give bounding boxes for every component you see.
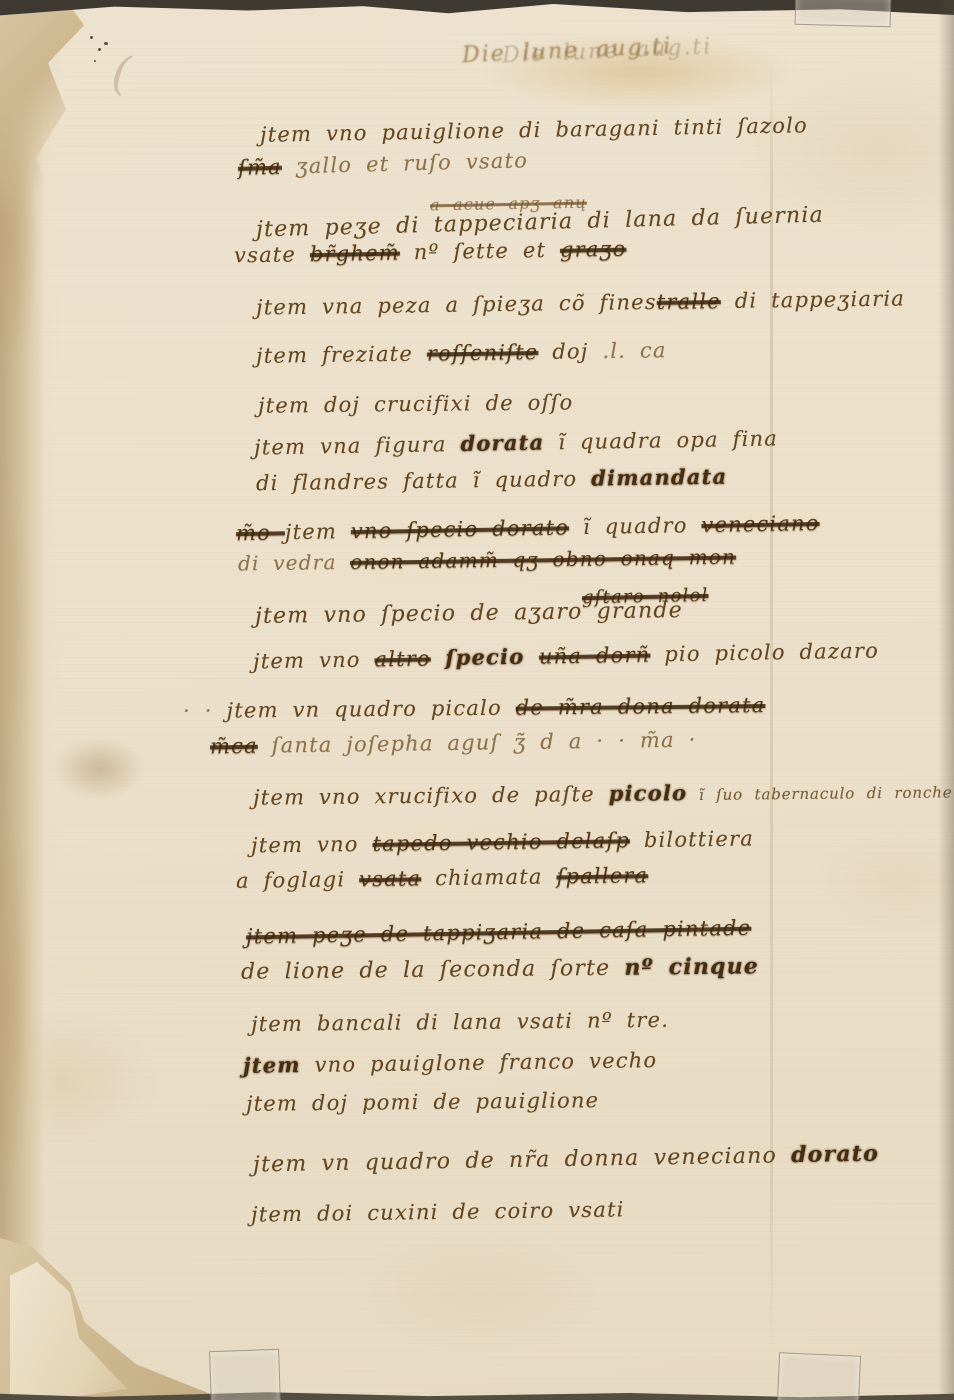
text-segment: jtem bancali di lana vsati nº tre. <box>251 1008 669 1036</box>
frayed-corner-top-left <box>0 0 120 210</box>
text-segment: vno ſpecio dorato <box>351 515 570 543</box>
text-segment: ĩ quadra opa fina <box>544 426 778 454</box>
manuscript-line: jtem vna peza a ſpieʒa cõ finestralle di… <box>256 286 905 319</box>
text-segment: doj <box>538 339 602 364</box>
text-segment: pio picolo dazaro <box>650 639 879 667</box>
text-segment: .l. ca <box>602 338 667 363</box>
manuscript-line: jtem vno pauiglone franco vecho <box>243 1047 658 1078</box>
text-segment: ſanta joſepha <box>258 731 448 758</box>
text-segment: ĩ quadro <box>569 513 702 539</box>
text-segment: altro <box>374 646 431 671</box>
text-segment: graʒo <box>560 237 627 262</box>
ink-speck <box>90 36 93 39</box>
archival-tape-bottom-right <box>777 1352 861 1400</box>
manuscript-line: m̃o jtem vno ſpecio dorato ĩ quadro vene… <box>236 511 820 545</box>
manuscript-line: jtem vno ſpecio de aʒaro grande <box>255 598 683 629</box>
margin-stain <box>48 730 153 808</box>
text-segment: a foglagi <box>236 867 359 893</box>
text-segment: ſpecio <box>431 643 539 670</box>
text-segment: dorata <box>460 430 544 456</box>
text-segment: jtem freziate <box>256 341 427 367</box>
text-segment: de caſa pintade <box>557 916 752 943</box>
text-segment: ĩ ſuo tabernaculo di ronche <box>687 783 952 804</box>
text-segment: · · <box>183 699 227 723</box>
text-segment: jtem vno pauiglione di baragani tinti ſa… <box>260 113 808 147</box>
manuscript-line: jtem vn quadro de nr̃a donna veneciano d… <box>253 1141 879 1178</box>
manuscript-line: jtem bancali di lana vsati nº tre. <box>251 1008 669 1036</box>
text-segment: tralle <box>657 289 721 314</box>
text-segment: dorato <box>791 1141 879 1169</box>
manuscript-line: jtem doj crucifixi de oſſo <box>258 390 574 417</box>
text-segment: di tappeʒiaria <box>721 286 905 313</box>
text-segment: nº ſette et <box>400 238 560 265</box>
text-segment: vsate <box>234 242 310 267</box>
text-segment: ſm̃a <box>238 155 282 180</box>
archival-tape-top-right <box>795 0 892 27</box>
faint-curve-mark: ( <box>109 45 132 101</box>
text-segment: jtem <box>243 1052 301 1078</box>
text-segment: dimandata <box>591 464 727 491</box>
text-segment: bilottiera <box>630 826 754 852</box>
manuscript-line: de lione de la ſeconda ſorte nº cinque <box>241 953 759 984</box>
ink-speck <box>98 48 101 51</box>
text-segment: m̃o <box>236 520 285 545</box>
scan-edge-right <box>938 0 954 1400</box>
manuscript-line: jtem freziate roſſeniſte doj .l. ca <box>256 338 667 368</box>
text-segment: de m̃ra dona dorata <box>516 693 766 720</box>
text-segment: tapedo vechio delaſp <box>372 828 630 856</box>
manuscript-line: jtem doi cuxini de coiro vsati <box>251 1197 625 1226</box>
text-segment: jtem vno <box>251 832 373 858</box>
text-segment: jtem vno <box>253 647 375 673</box>
ink-speck <box>104 42 108 45</box>
text-segment: br̃ghem̃ <box>310 241 400 267</box>
binding-deckle-edge <box>0 0 60 1400</box>
text-segment: jtem doi cuxini de coiro vsati <box>251 1197 625 1226</box>
text-segment: roſſeniſte <box>427 340 539 366</box>
manuscript-line: jtem vno xrucifixo de paſte picolo ĩ ſuo… <box>253 777 953 809</box>
manuscript-line: jtem vno altro ſpecio uña dorñ pio picol… <box>253 638 879 674</box>
manuscript-line: a foglagi vsata chiamata ſpallera <box>236 863 649 893</box>
text-segment: jtem doj pomi de pauiglione <box>246 1088 599 1116</box>
text-segment: jtem peʒe de tappiʒaria <box>246 919 557 948</box>
text-segment: aguſ ʒ̃ d a · · m̃a · <box>447 728 696 755</box>
faded-header-inscription: Die lune aug.ti <box>462 29 793 68</box>
text-segment: de lione de la ſeconda ſorte <box>241 956 625 985</box>
text-segment: picolo <box>609 780 688 806</box>
manuscript-page: ( Die lune aug.ti jtem vno pauiglione di… <box>0 0 954 1400</box>
text-segment: onon adamm̃ qʒ obno onaq mon <box>350 545 736 574</box>
manuscript-line: · · jtem vn quadro picalo de m̃ra dona d… <box>183 693 766 723</box>
text-segment: jtem vna peza a ſpieʒa cõ fines <box>256 290 657 320</box>
text-segment: jtem vno ſpecio de aʒaro grande <box>255 598 683 629</box>
ink-speck <box>94 60 96 62</box>
text-segment: ſpallera <box>556 863 648 888</box>
text-segment: vsata <box>359 866 421 891</box>
manuscript-line: jtem peʒe de tappiʒaria de caſa pintade <box>246 916 752 949</box>
manuscript-line: jtem vno pauiglione di baragani tinti ſa… <box>260 113 808 147</box>
manuscript-line: ſm̃a ʒallo et ruſo vsato <box>238 148 529 180</box>
text-segment: jtem vna figura <box>254 432 461 460</box>
manuscript-line: jtem vna figura dorata ĩ quadra opa fina <box>254 425 778 459</box>
text-segment: jtem doj crucifixi de oſſo <box>258 390 574 417</box>
archival-tape-bottom-left <box>209 1349 281 1400</box>
text-segment: m̃ca <box>210 734 258 759</box>
manuscript-line: jtem vno tapedo vechio delaſp bilottiera <box>251 826 754 857</box>
text-segment: jtem vn quadro picalo <box>226 696 515 723</box>
text-segment: ʒallo et ruſo vsato <box>282 148 529 178</box>
manuscript-line: jtem doj pomi de pauiglione <box>246 1088 599 1116</box>
text-segment: uña dorñ <box>539 643 651 669</box>
manuscript-line: di flandres fatta ĩ quadro dimandata <box>256 464 728 496</box>
text-segment: di vedra <box>238 550 350 576</box>
text-segment: jtem vn quadro de nr̃a donna veneciano <box>253 1143 791 1177</box>
text-segment: jtem vno xrucifixo de paſte <box>253 782 609 810</box>
manuscript-line: di vedra onon adamm̃ qʒ obno onaq mon <box>238 545 736 576</box>
text-segment: di flandres fatta ĩ quadro <box>256 467 591 496</box>
text-segment: nº cinque <box>624 953 759 980</box>
manuscript-line: m̃ca ſanta joſepha aguſ ʒ̃ d a · · m̃a · <box>210 728 697 759</box>
text-segment: veneciano <box>701 511 820 537</box>
text-segment: vno pauiglone franco vecho <box>301 1048 658 1077</box>
text-segment: jtem <box>285 519 351 544</box>
text-segment: chiamata <box>421 864 557 890</box>
